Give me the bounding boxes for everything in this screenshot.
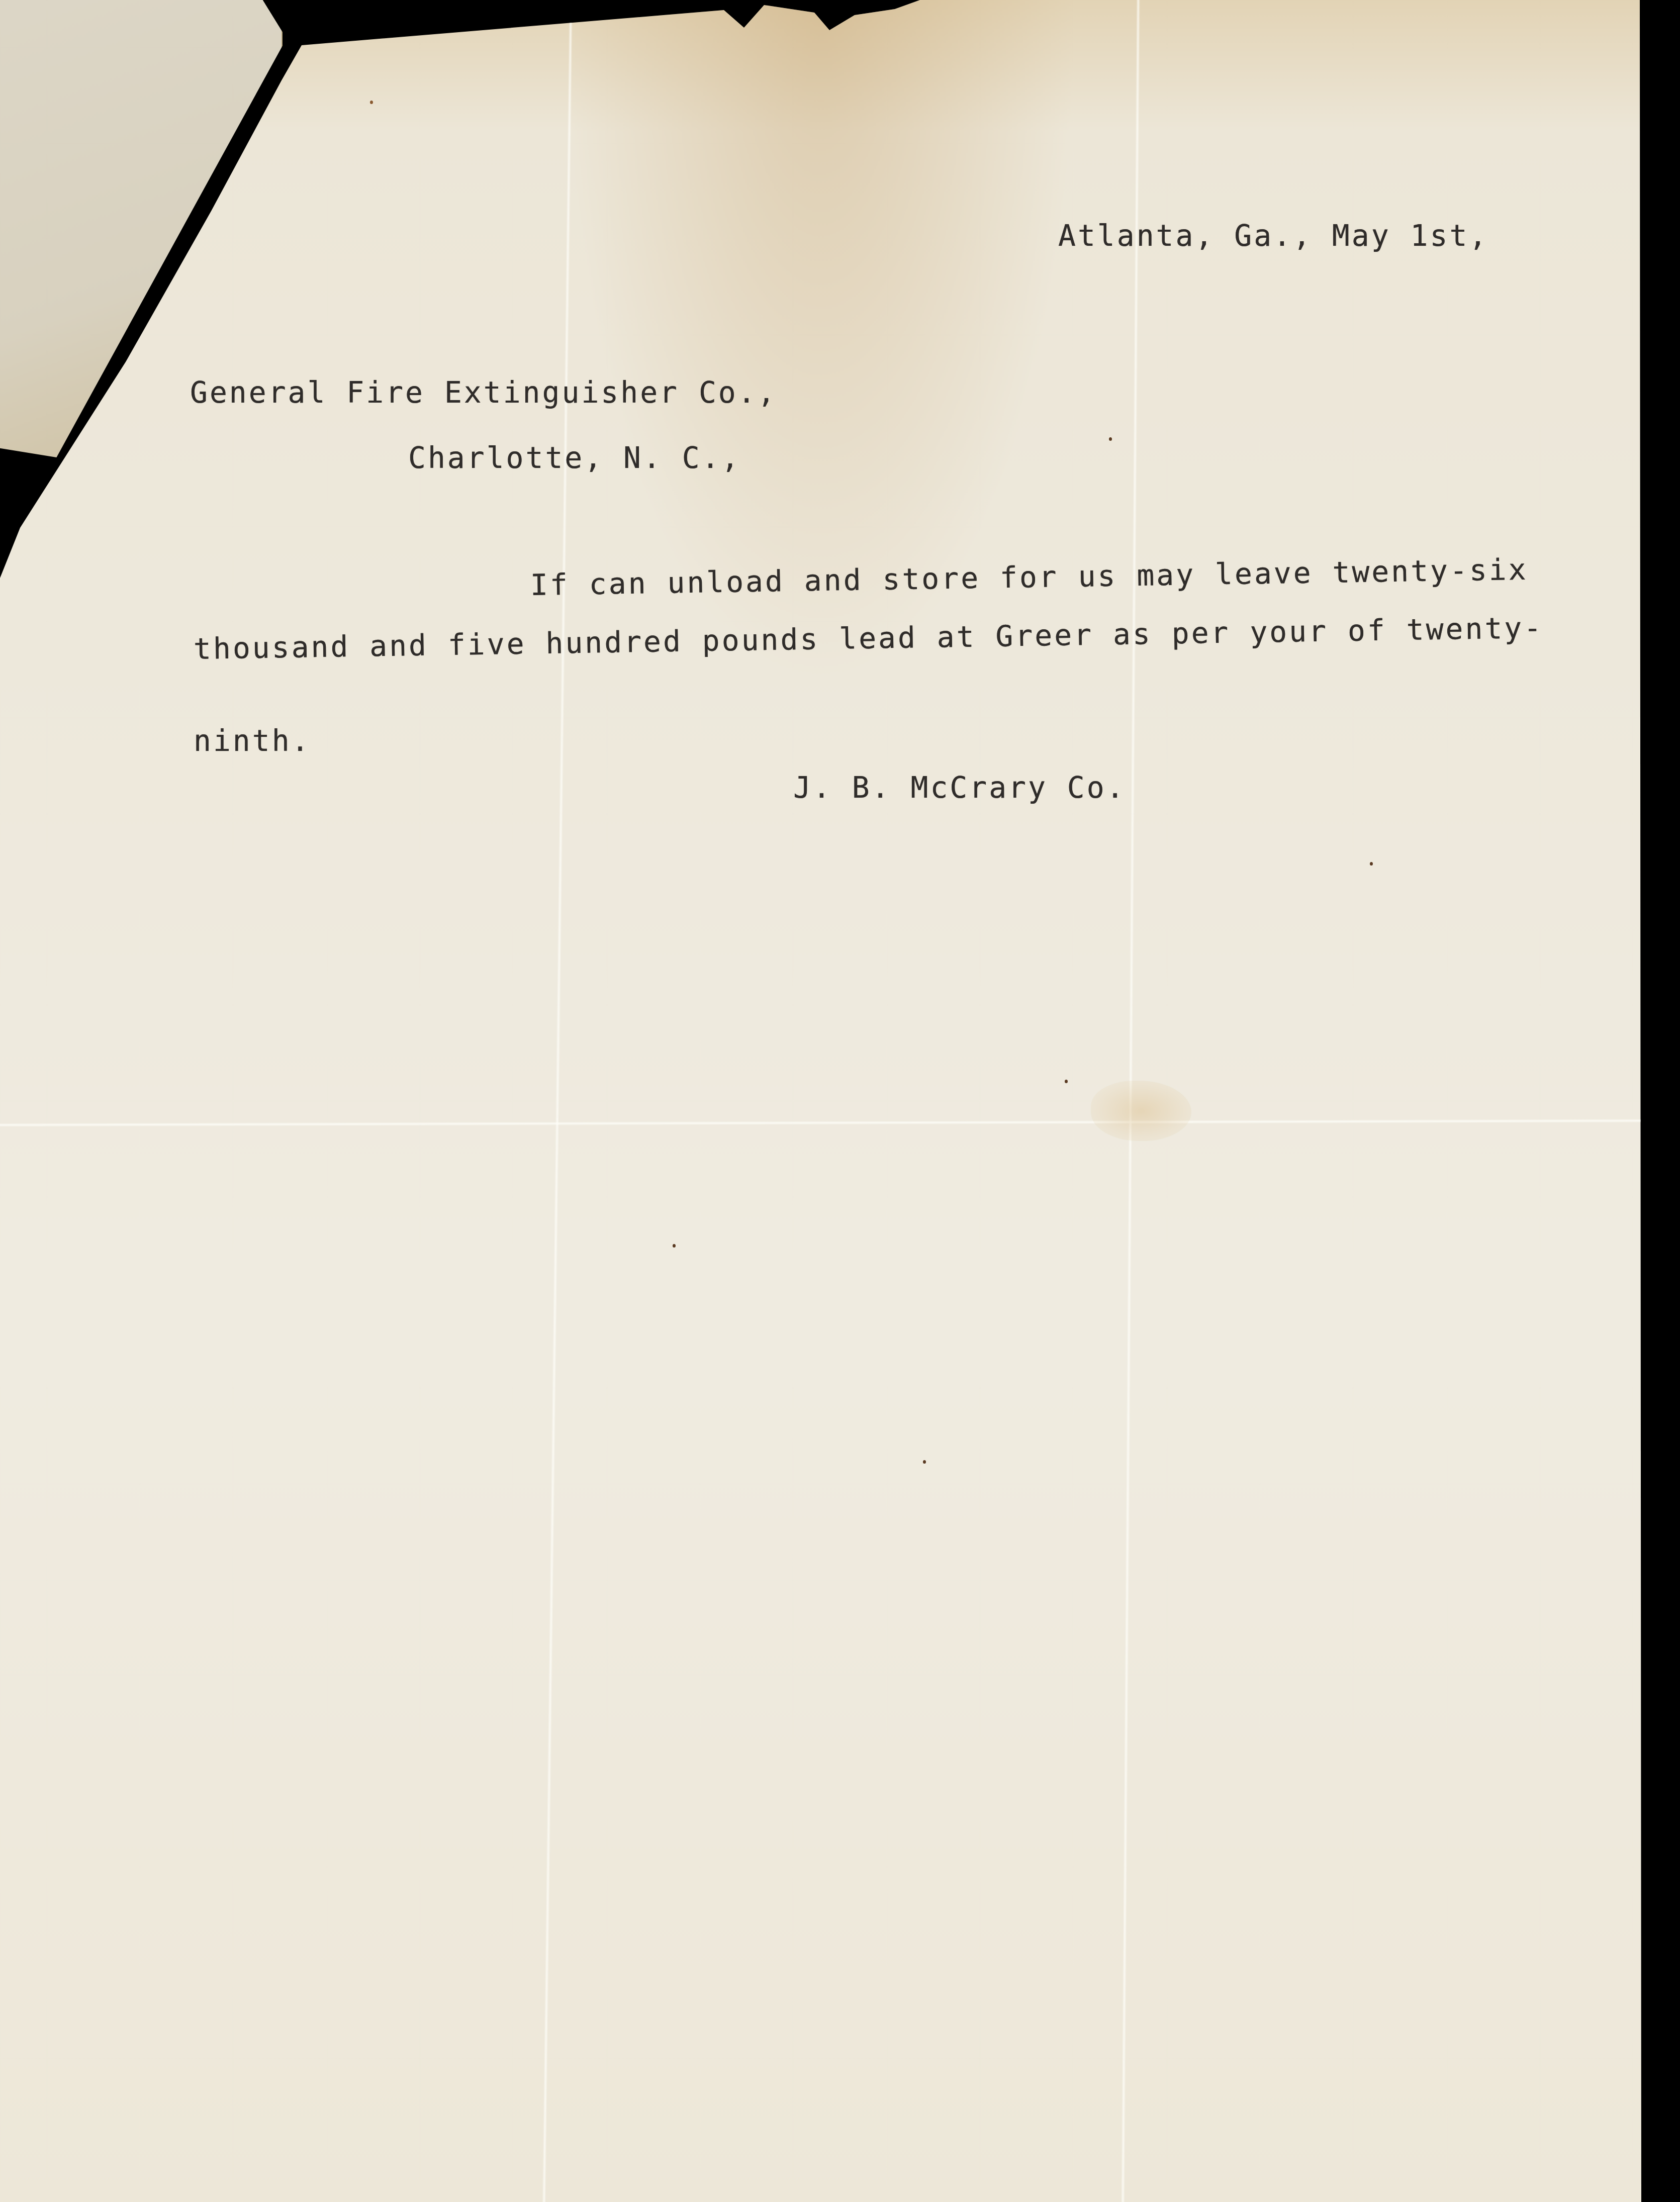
recipient-name: General Fire Extinguisher Co., (190, 378, 777, 407)
body-line: thousand and five hundred pounds lead at… (194, 613, 1544, 663)
fold-crease-horizontal (0, 1119, 1641, 1127)
dateline: Atlanta, Ga., May 1st, (1058, 221, 1488, 250)
fold-crease-vertical-left (542, 0, 573, 2202)
ink-speck (673, 1244, 676, 1248)
body-line: If can unload and store for us may leave… (530, 555, 1529, 600)
ink-speck (1370, 862, 1373, 866)
water-stain (1091, 1081, 1191, 1141)
ink-speck (1065, 1080, 1068, 1083)
signature: J. B. McCrary Co. (793, 773, 1126, 802)
body-line: ninth. (194, 726, 311, 755)
ink-speck (1109, 437, 1112, 441)
recipient-location: Charlotte, N. C., (408, 443, 741, 472)
ink-speck (923, 1460, 926, 1464)
ink-speck (370, 101, 373, 104)
letter-sheet: Atlanta, Ga., May 1st, General Fire Exti… (0, 0, 1641, 2202)
